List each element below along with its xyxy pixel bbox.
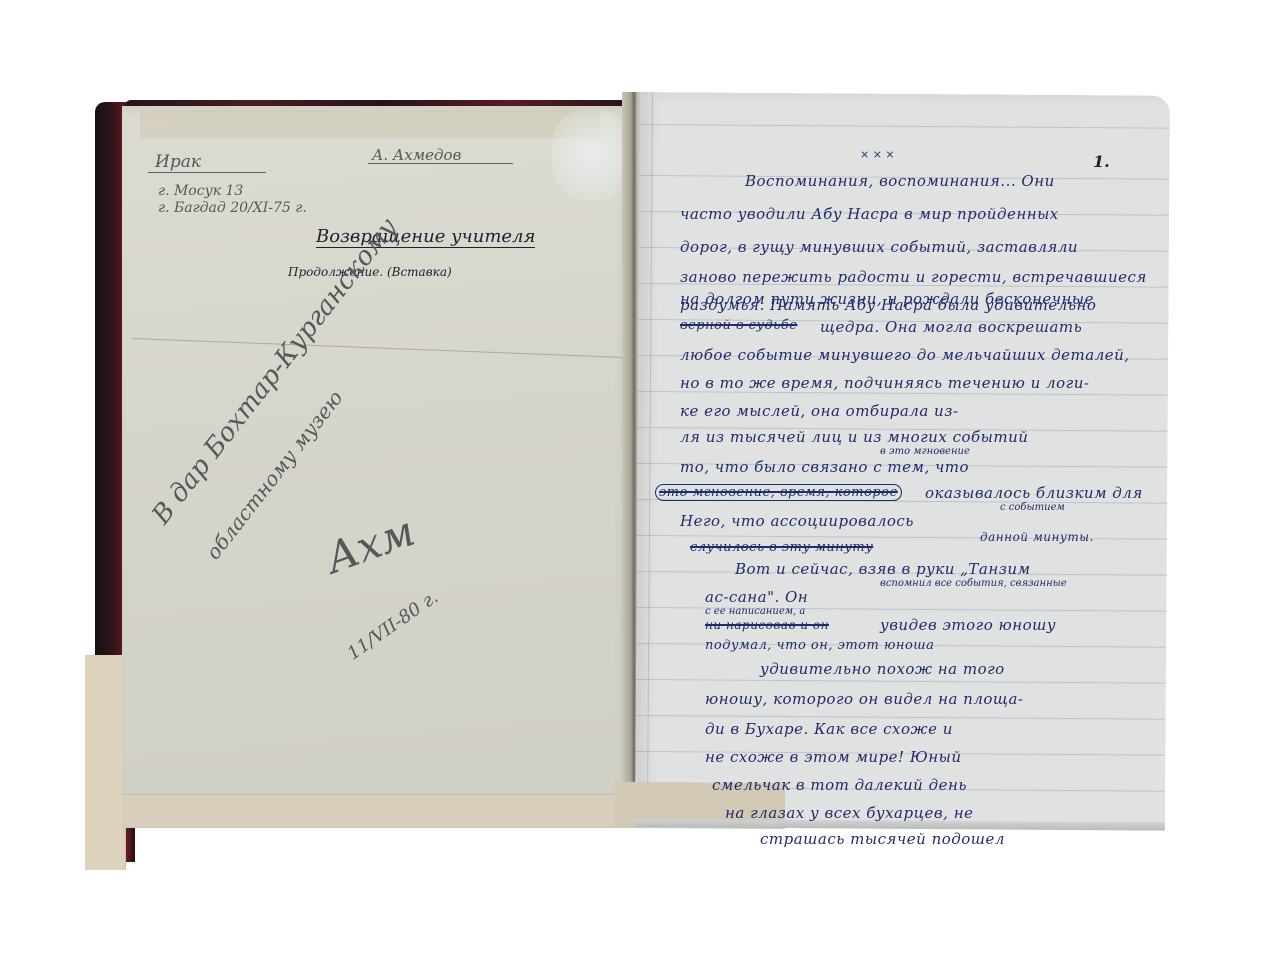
fold-crease bbox=[132, 338, 632, 358]
struck-text: ни нарисовав и он bbox=[705, 618, 829, 632]
interlinear-insert: вспомнил все события, связанные bbox=[880, 578, 1067, 589]
author-name: А. Ахмедов bbox=[372, 146, 461, 164]
margin-line bbox=[647, 92, 653, 827]
text-line: заново пережить радости и горести, встре… bbox=[680, 268, 1147, 286]
text-line: подумал, что он, этот юноша bbox=[705, 638, 934, 653]
text-line: щедра. Она могла воскрешать bbox=[820, 318, 1082, 336]
section-mark: × × × bbox=[860, 148, 895, 161]
text-line: раздумья. Память Абу Насра была удивител… bbox=[680, 296, 1096, 314]
text-line: любое событие минувшего до мельчайших де… bbox=[680, 346, 1130, 364]
text-line: на глазах у всех бухарцев, не bbox=[725, 804, 973, 822]
text-line: дорог, в гущу минувших событий, заставля… bbox=[680, 238, 1078, 256]
text-line: ля из тысячей лиц и из многих событий bbox=[680, 428, 1028, 446]
text-line: ас-сана". Он bbox=[705, 588, 808, 606]
text-line: но в то же время, подчиняясь течению и л… bbox=[680, 374, 1089, 392]
page-number: 1. bbox=[1093, 152, 1110, 171]
text-line: страшась тысячей подошел bbox=[760, 830, 1005, 848]
text-line: данной минуты. bbox=[980, 530, 1094, 544]
circled-struck-text: это мгновение, время, которое bbox=[655, 484, 902, 501]
text-line: увидев этого юношу bbox=[880, 616, 1056, 634]
text-line: ке его мыслей, она отбирала из- bbox=[680, 402, 958, 420]
interlinear-insert: с ее написанием, а bbox=[705, 606, 805, 617]
text-line: часто уводили Абу Насра в мир пройденных bbox=[680, 205, 1059, 223]
bottom-tape bbox=[122, 794, 634, 827]
text-line: Вот и сейчас, взяв в руки „Танзим bbox=[735, 560, 1031, 578]
header-name: Ирак bbox=[155, 152, 201, 172]
repair-tape-left bbox=[85, 655, 126, 870]
open-notebook: Ирак А. Ахмедов г. Мосук 13 г. Багдад 20… bbox=[0, 0, 1280, 960]
inventory-line-2: г. Багдад 20/XI-75 г. bbox=[158, 200, 307, 216]
text-line: юношу, которого он видел на площа- bbox=[705, 690, 1023, 708]
text-line: Него, что ассоциировалось bbox=[680, 512, 914, 530]
text-line: не схоже в этом мире! Юный bbox=[705, 748, 962, 766]
text-line: удивительно похож на того bbox=[760, 660, 1005, 678]
text-line: оказывалось близким для bbox=[925, 484, 1143, 502]
text-line: то, что было связано с тем, что bbox=[680, 458, 969, 476]
stamp-smudge bbox=[552, 110, 632, 200]
struck-text: верной в судьбе bbox=[680, 318, 797, 333]
inventory-line-1: г. Мосук 13 bbox=[158, 183, 243, 199]
interlinear-insert: с событием bbox=[1000, 502, 1065, 513]
interlinear-insert: в это мгновение bbox=[880, 446, 970, 457]
manuscript-title: Возвращение учителя bbox=[316, 226, 535, 248]
header-underline bbox=[148, 172, 266, 173]
text-line: Воспоминания, воспоминания... Они bbox=[745, 172, 1055, 190]
struck-text: случилось в эту минуту bbox=[690, 540, 873, 555]
author-underline bbox=[368, 163, 513, 164]
text-line: смельчак в тот далекий день bbox=[712, 776, 967, 794]
top-tape bbox=[140, 110, 600, 138]
text-line: ди в Бухаре. Как все схоже и bbox=[705, 720, 953, 738]
